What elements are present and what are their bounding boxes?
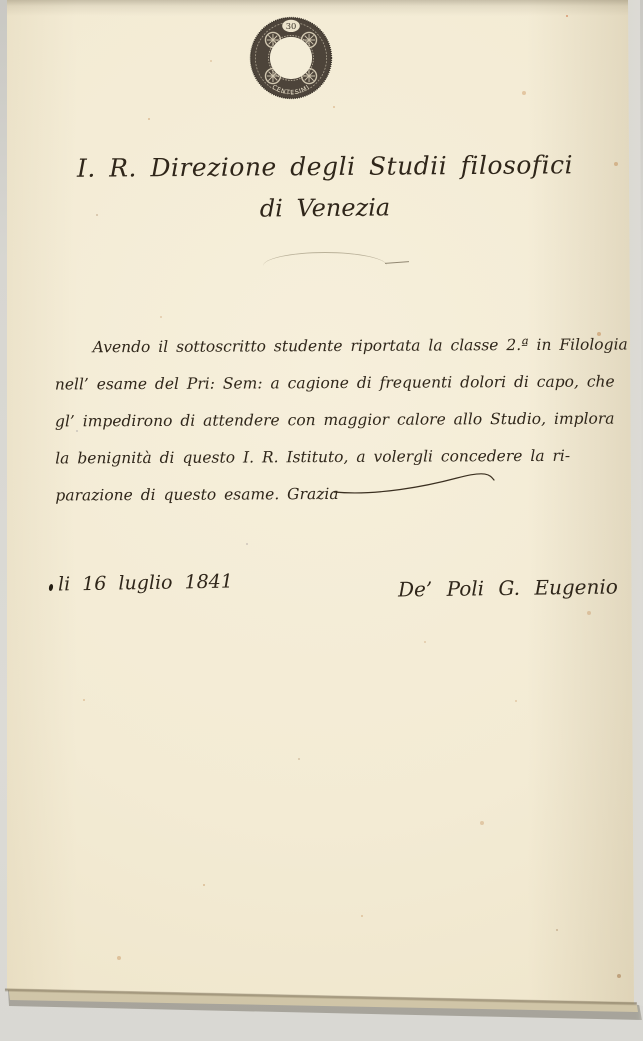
body-line: gl’ impedirono di attendere con maggior … [55,401,611,441]
revenue-stamp: 30 CENTESIMI [247,12,335,104]
date-line: li 16 luglio 1841 [58,570,233,595]
pencil-dash [385,261,409,264]
stamp-value: 30 [286,21,297,31]
ink-blot [48,584,53,592]
stamp-seal-icon: 30 CENTESIMI [247,12,335,104]
body-line: nell’ esame del Pri: Sem: a cagione di f… [55,364,611,404]
flourish-stroke [332,472,497,498]
pencil-underline [263,252,387,266]
document-page: 30 CENTESIMI I. R. Direzione degli Studi… [0,0,643,1041]
scanned-document: 30 CENTESIMI I. R. Direzione degli Studi… [0,0,643,1041]
signature: De’ Poli G. Eugenio [398,574,618,601]
foxing-spots [0,0,2,2]
title-line-2: di Venezia [40,192,610,225]
title-line-1: I. R. Direzione degli Studii filosofici [40,150,610,183]
body-line: Avendo il sottoscritto studente riportat… [55,327,611,367]
document-title: I. R. Direzione degli Studii filosofici … [40,152,610,222]
